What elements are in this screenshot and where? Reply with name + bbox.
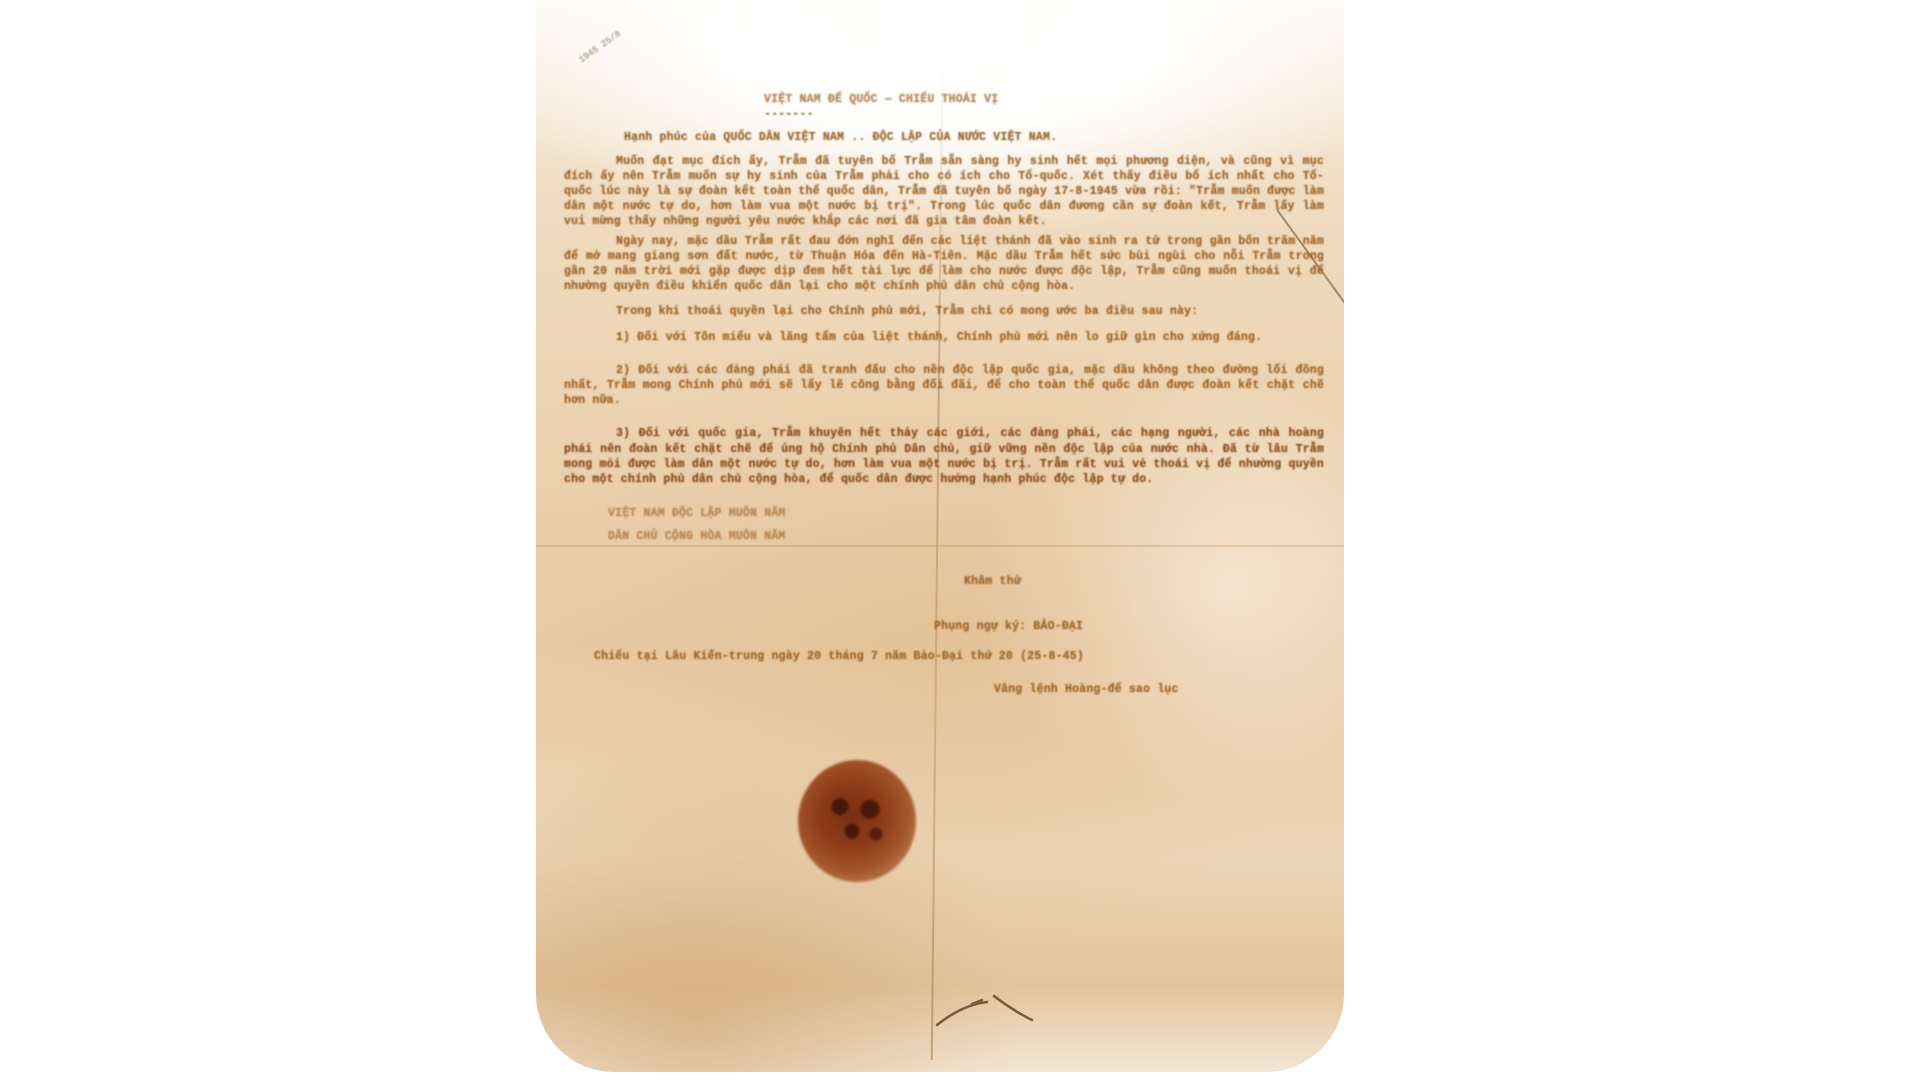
slogan-1: VIỆT NAM ĐỘC LẬP MUÔN NĂM bbox=[564, 505, 1324, 522]
signature-flourish-icon bbox=[932, 990, 1062, 1030]
document-body: VIỆT NAM ĐẾ QUỐC — CHIẾU THOÁI VỊ ------… bbox=[564, 92, 1324, 698]
dateline: Chiếu tại Lâu Kiến-trung ngày 20 tháng 7… bbox=[564, 649, 1324, 664]
aged-document: 1945 25/8 VIỆT NAM ĐẾ QUỐC — CHIẾU THOÁI… bbox=[536, 0, 1344, 1072]
attestation-line: Vâng lệnh Hoàng-đế sao lục bbox=[564, 682, 1324, 697]
closing-khamthu: Khâm thử bbox=[564, 573, 1324, 590]
image-stage: 1945 25/8 VIỆT NAM ĐẾ QUỐC — CHIẾU THOÁI… bbox=[0, 0, 1920, 1080]
paragraph-1: Muốn đạt mục đích ấy, Trẫm đã tuyên bố T… bbox=[564, 154, 1324, 230]
title-underline: ------- bbox=[564, 107, 1324, 122]
corner-handwritten-note: 1945 25/8 bbox=[577, 29, 623, 66]
seal-ink-mark bbox=[828, 790, 888, 845]
wish-3: 3) Đối với quốc gia, Trẫm khuyên hết thả… bbox=[564, 426, 1324, 487]
wishes-intro: Trong khi thoái quyền lại cho Chính phủ … bbox=[564, 304, 1324, 319]
paragraph-2: Ngày nay, mặc dầu Trẫm rất đau đớn nghĩ … bbox=[564, 234, 1324, 295]
red-seal-stamp bbox=[798, 760, 916, 882]
wish-1: 1) Đối với Tôn miếu và lăng tẩm của liệt… bbox=[564, 330, 1324, 345]
closing-signature-line: Phụng ngự ký: BẢO-ĐẠI bbox=[564, 618, 1324, 635]
document-title: VIỆT NAM ĐẾ QUỐC — CHIẾU THOÁI VỊ bbox=[564, 92, 1324, 107]
wish-2: 2) Đối với các đảng phái đã tranh đấu ch… bbox=[564, 363, 1324, 409]
slogan-2: DÂN CHỦ CỘNG HÒA MUÔN NĂM bbox=[564, 528, 1324, 545]
document-subtitle: Hạnh phúc của QUỐC DÂN VIỆT NAM .. ĐỘC L… bbox=[564, 130, 1324, 145]
